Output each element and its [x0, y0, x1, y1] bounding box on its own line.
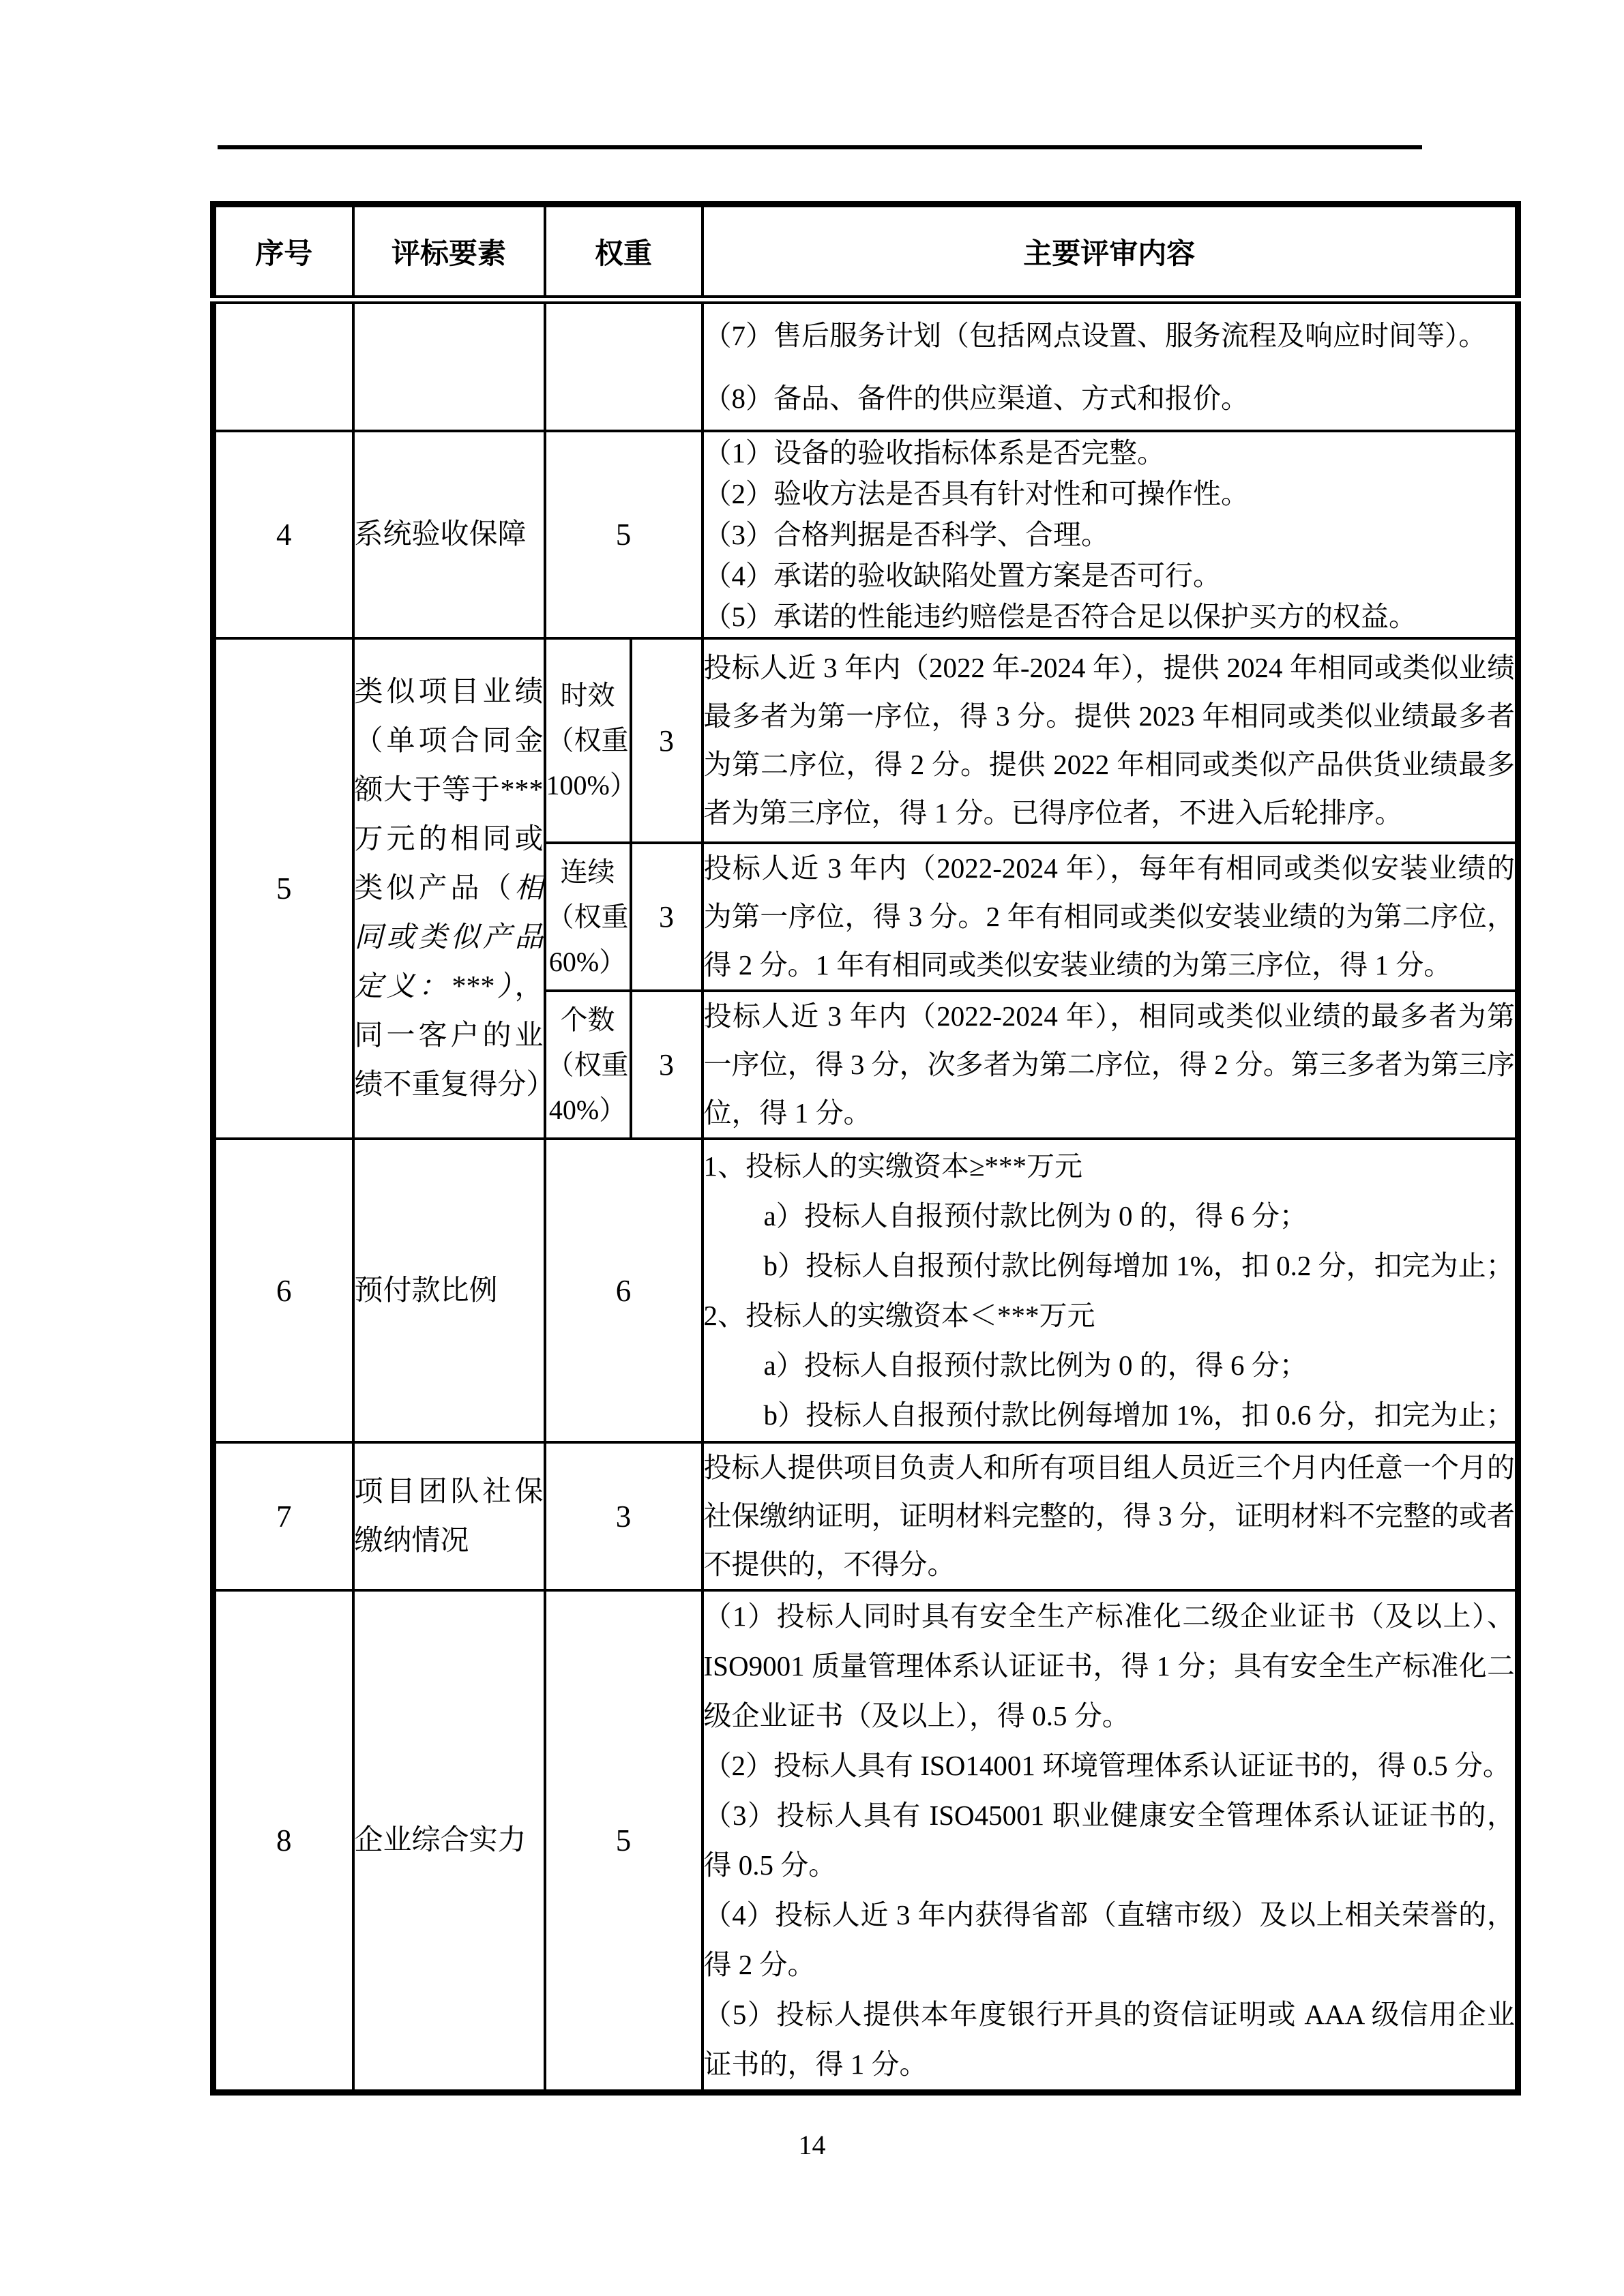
- subweight-label: 连续（权重60%）: [545, 843, 631, 991]
- table-row-7: 7 项目团队社保缴纳情况 3 投标人提供项目负责人和所有项目组人员近三个月内任意…: [213, 1442, 1518, 1590]
- empty-cell: [353, 300, 545, 432]
- subweight-value: 3: [631, 638, 703, 843]
- content-cell: （1）投标人同时具有安全生产标准化二级企业证书（及以上）、ISO9001 质量管…: [703, 1590, 1518, 2093]
- content-line: b）投标人自报预付款比例每增加 1%，扣 0.2 分，扣完为止；: [704, 1241, 1515, 1291]
- page-header-rule: [218, 145, 1422, 149]
- content-line: a）投标人自报预付款比例为 0 的，得 6 分；: [704, 1191, 1515, 1241]
- weight-value: 6: [545, 1139, 703, 1442]
- subweight-value: 3: [631, 991, 703, 1139]
- content-cell: 投标人近 3 年内（2022 年-2024 年），提供 2024 年相同或类似业…: [703, 638, 1518, 843]
- content-line: （3）合格判据是否科学、合理。: [704, 514, 1515, 555]
- content-line: （2）验收方法是否具有针对性和可操作性。: [704, 473, 1515, 514]
- header-col-no: 序号: [213, 205, 353, 300]
- content-paragraph: 投标人近 3 年内（2022-2024 年），每年有相同或类似安装业绩的为第一序…: [704, 844, 1515, 989]
- content-line: （4）承诺的验收缺陷处置方案是否可行。: [704, 555, 1515, 596]
- subweight-label: 时效（权重100%）: [545, 638, 631, 843]
- weight-value: 3: [545, 1442, 703, 1590]
- content-paragraph: （3）投标人具有 ISO45001 职业健康安全管理体系认证证书的，得 0.5 …: [704, 1791, 1515, 1890]
- table-row-4: 4 系统验收保障 5 （1）设备的验收指标体系是否完整。 （2）验收方法是否具有…: [213, 431, 1518, 638]
- document-page: 序号 评标要素 权重 主要评审内容 （7）售后服务计划（包括网点设置、服务流程及…: [0, 0, 1624, 2296]
- content-line: （5）承诺的性能违约赔偿是否符合足以保护买方的权益。: [704, 596, 1515, 637]
- content-line: （7）售后服务计划（包括网点设置、服务流程及响应时间等）。: [704, 304, 1515, 367]
- row-number: 4: [213, 431, 353, 638]
- row-number: 6: [213, 1139, 353, 1442]
- evaluation-table: 序号 评标要素 权重 主要评审内容 （7）售后服务计划（包括网点设置、服务流程及…: [210, 201, 1521, 2096]
- row-number: 8: [213, 1590, 353, 2093]
- content-line: a）投标人自报预付款比例为 0 的，得 6 分；: [704, 1341, 1515, 1390]
- subweight-label: 个数（权重40%）: [545, 991, 631, 1139]
- content-line: （8）备品、备件的供应渠道、方式和报价。: [704, 367, 1515, 430]
- content-paragraph: （2）投标人具有 ISO14001 环境管理体系认证证书的，得 0.5 分。: [704, 1741, 1515, 1791]
- factor-label: 系统验收保障: [353, 431, 545, 638]
- header-col-content: 主要评审内容: [703, 205, 1518, 300]
- content-cell: 投标人近 3 年内（2022-2024 年），每年有相同或类似安装业绩的为第一序…: [703, 843, 1518, 991]
- content-line: 2、投标人的实缴资本＜***万元: [704, 1291, 1515, 1341]
- factor-label: 类似项目业绩（单项合同金额大于等于***万元的相同或类似产品（相同或类似产品定义…: [353, 638, 545, 1139]
- factor-label: 项目团队社保缴纳情况: [353, 1442, 545, 1590]
- content-cell: （1）设备的验收指标体系是否完整。 （2）验收方法是否具有针对性和可操作性。 （…: [703, 431, 1518, 638]
- row-number: 7: [213, 1442, 353, 1590]
- content-paragraph: （5）投标人提供本年度银行开具的资信证明或 AAA 级信用企业证书的，得 1 分…: [704, 1990, 1515, 2089]
- factor-label: 企业综合实力: [353, 1590, 545, 2093]
- empty-cell: [545, 300, 703, 432]
- subweight-value: 3: [631, 843, 703, 991]
- factor-label: 预付款比例: [353, 1139, 545, 1442]
- header-col-weight: 权重: [545, 205, 703, 300]
- content-cell: 投标人提供项目负责人和所有项目组人员近三个月内任意一个月的社保缴纳证明，证明材料…: [703, 1442, 1518, 1590]
- factor-text-normal: 类似项目业绩（单项合同金额大于等于***万元的相同或类似产品（: [355, 676, 544, 904]
- table-row-8: 8 企业综合实力 5 （1）投标人同时具有安全生产标准化二级企业证书（及以上）、…: [213, 1590, 1518, 2093]
- content-line: （1）设备的验收指标体系是否完整。: [704, 432, 1515, 473]
- content-cell: 投标人近 3 年内（2022-2024 年），相同或类似业绩的最多者为第一序位，…: [703, 991, 1518, 1139]
- content-paragraph: 投标人近 3 年内（2022-2024 年），相同或类似业绩的最多者为第一序位，…: [704, 992, 1515, 1137]
- content-line: 1、投标人的实缴资本≥***万元: [704, 1142, 1515, 1191]
- content-cell: 1、投标人的实缴资本≥***万元 a）投标人自报预付款比例为 0 的，得 6 分…: [703, 1139, 1518, 1442]
- table-header-row: 序号 评标要素 权重 主要评审内容: [213, 205, 1518, 300]
- header-col-factor: 评标要素: [353, 205, 545, 300]
- content-paragraph: （4）投标人近 3 年内获得省部（直辖市级）及以上相关荣誉的，得 2 分。: [704, 1890, 1515, 1990]
- table-row-5-sub-1: 5 类似项目业绩（单项合同金额大于等于***万元的相同或类似产品（相同或类似产品…: [213, 638, 1518, 843]
- content-paragraph: 投标人提供项目负责人和所有项目组人员近三个月内任意一个月的社保缴纳证明，证明材料…: [704, 1444, 1515, 1589]
- content-paragraph: 投标人近 3 年内（2022 年-2024 年），提供 2024 年相同或类似业…: [704, 644, 1515, 837]
- content-cell: （7）售后服务计划（包括网点设置、服务流程及响应时间等）。 （8）备品、备件的供…: [703, 300, 1518, 432]
- page-number: 14: [0, 2129, 1624, 2161]
- empty-cell: [213, 300, 353, 432]
- weight-value: 5: [545, 431, 703, 638]
- content-paragraph: （1）投标人同时具有安全生产标准化二级企业证书（及以上）、ISO9001 质量管…: [704, 1592, 1515, 1741]
- weight-value: 5: [545, 1590, 703, 2093]
- row-number: 5: [213, 638, 353, 1139]
- content-line: b）投标人自报预付款比例每增加 1%，扣 0.6 分，扣完为止；: [704, 1390, 1515, 1440]
- table-row-3-continuation: （7）售后服务计划（包括网点设置、服务流程及响应时间等）。 （8）备品、备件的供…: [213, 300, 1518, 432]
- table-row-6: 6 预付款比例 6 1、投标人的实缴资本≥***万元 a）投标人自报预付款比例为…: [213, 1139, 1518, 1442]
